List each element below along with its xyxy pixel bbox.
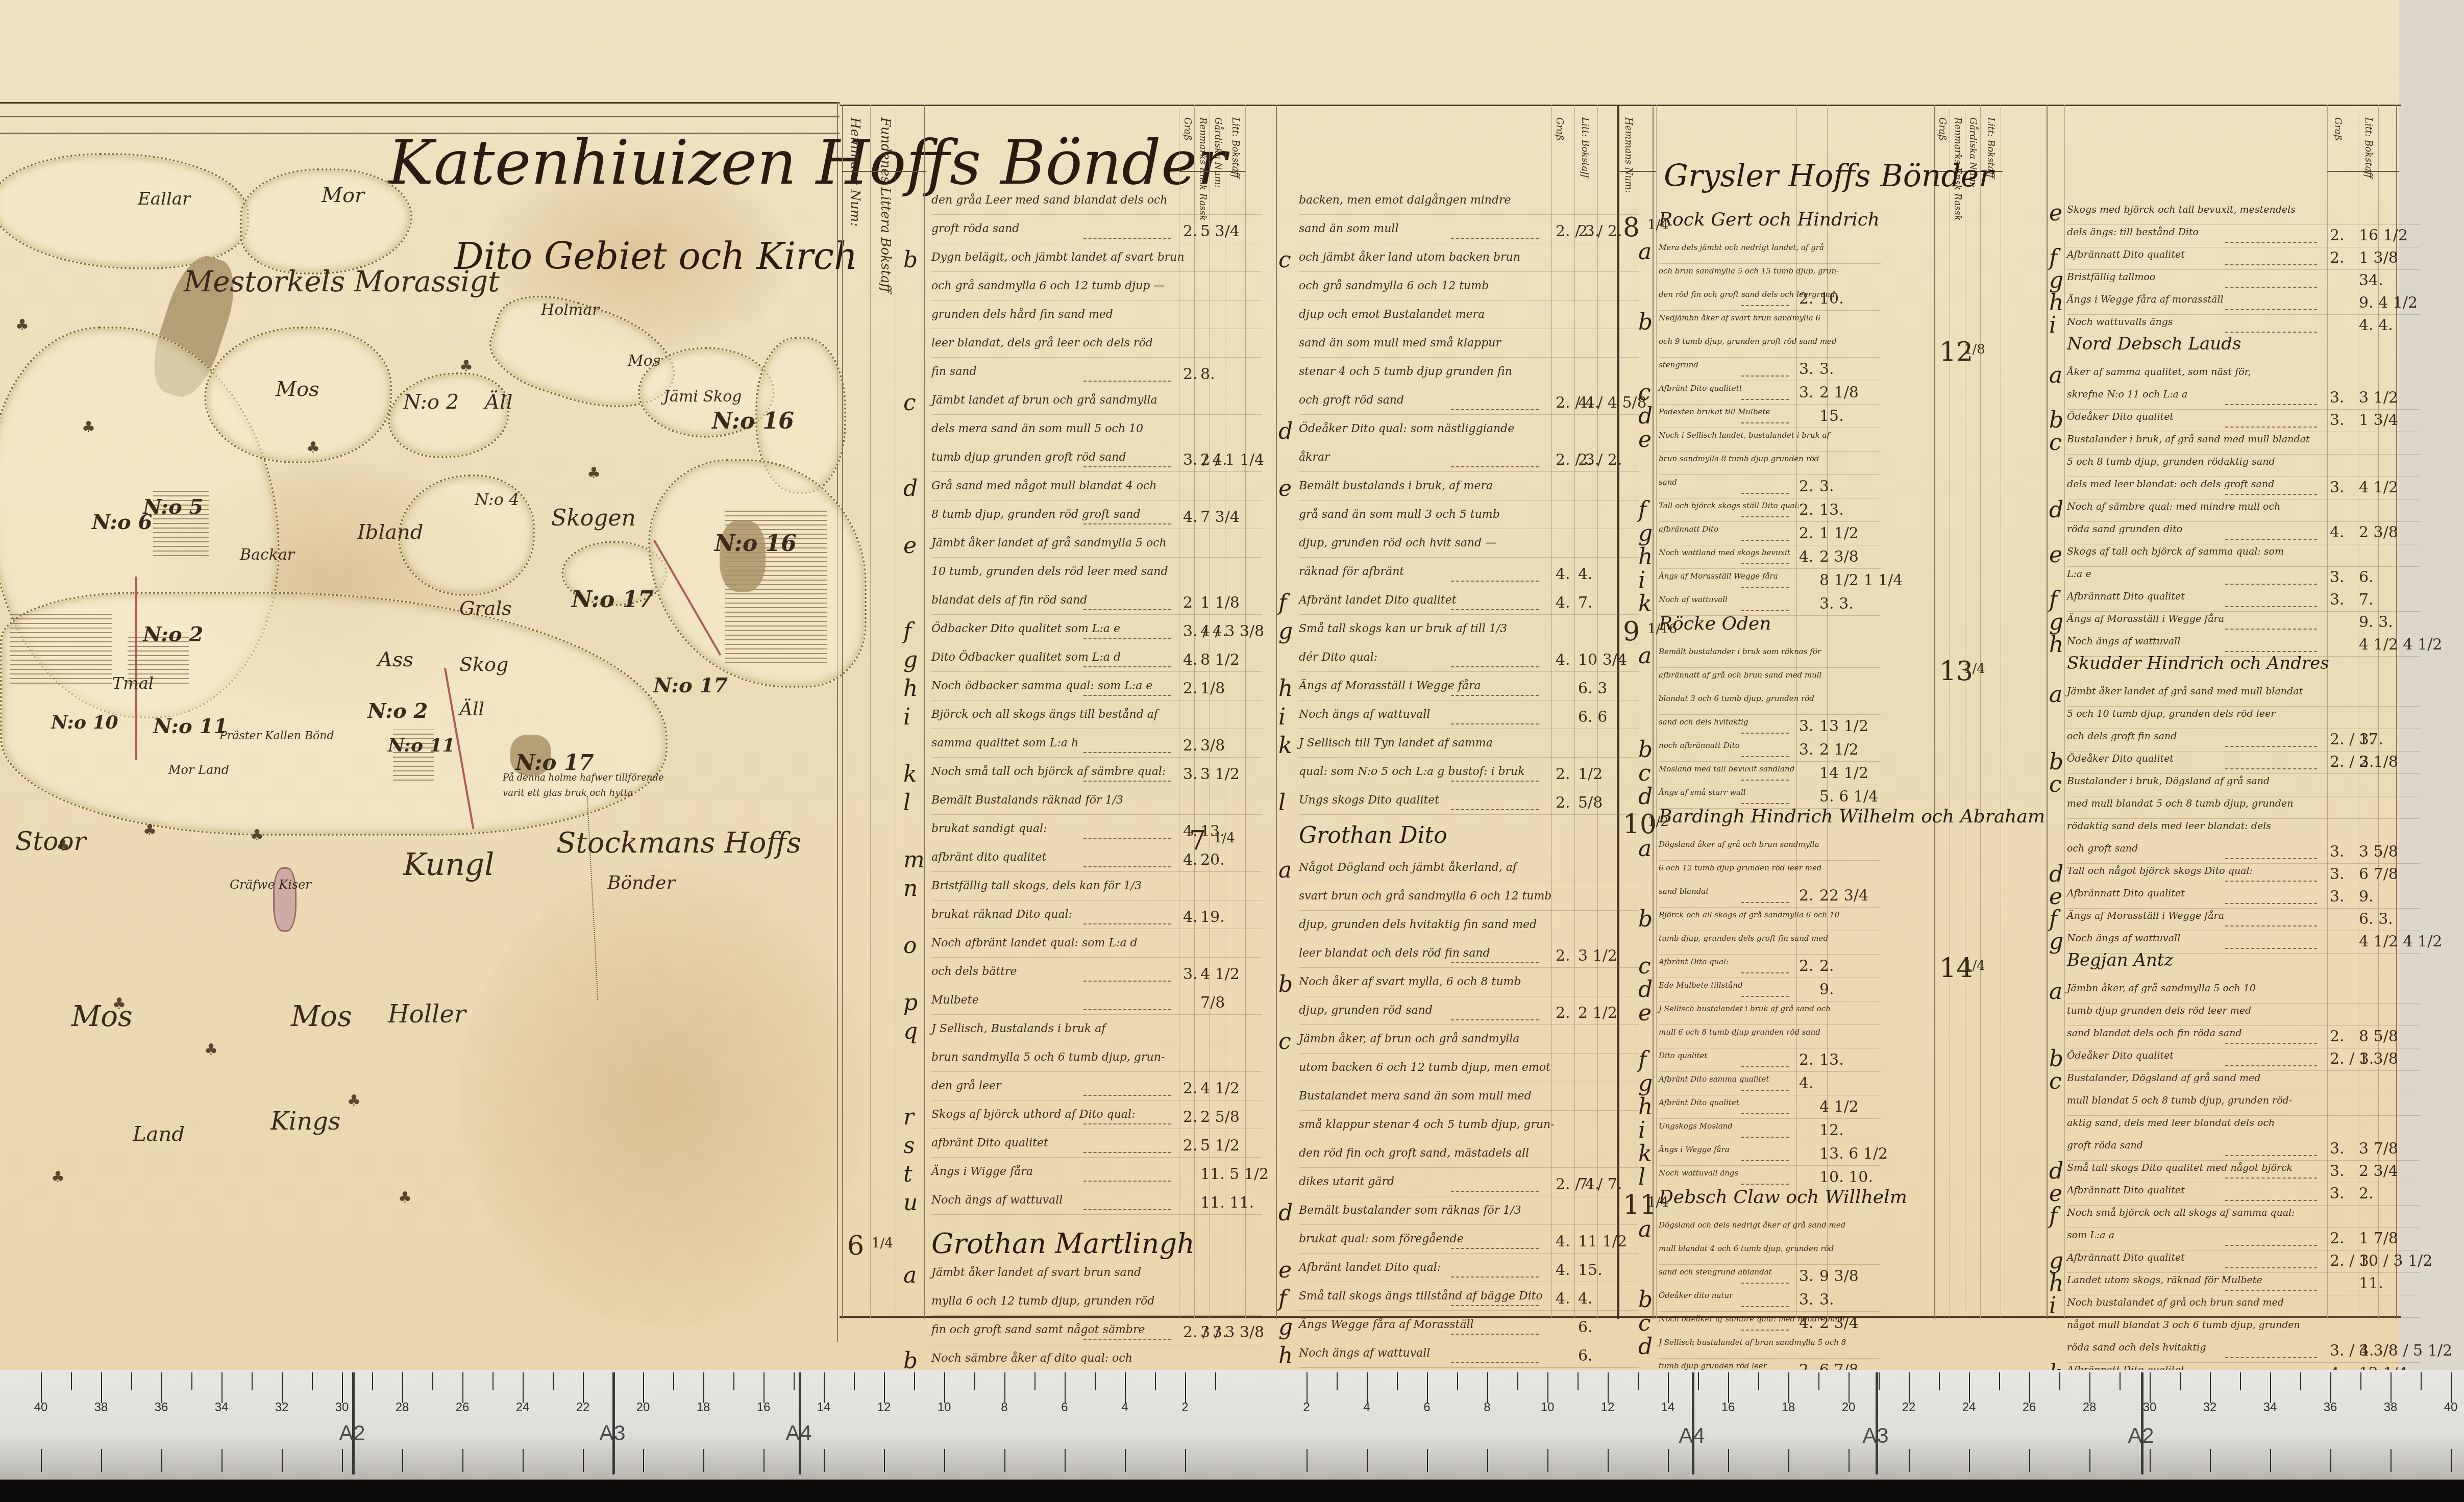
row-rule: [931, 900, 1262, 900]
entry-text: Ängs af små starr wall: [1659, 788, 1746, 797]
ruler-tick: [1879, 1372, 1880, 1390]
ruler-tick: [1065, 1449, 1066, 1472]
row-rule: [2067, 1272, 2420, 1273]
entry-letter: l: [903, 790, 910, 816]
map-label: Präster Kallen Bönd: [219, 730, 334, 742]
row-rule: [2067, 841, 2420, 841]
ruler-tick: [1457, 1372, 1458, 1390]
value-area: 3.: [1819, 478, 1834, 495]
value-area: 3 5/8: [2359, 843, 2398, 861]
entry-text: Jämbt landet af brun och grå sandmylla: [931, 394, 1157, 407]
value-area: 2.: [1819, 957, 1834, 975]
row-rule: [1659, 310, 1881, 311]
row-rule: [1299, 271, 1639, 272]
value-grade: 4.: [1556, 1233, 1570, 1250]
ruler-tick: [2150, 1449, 2151, 1472]
entry-text: Nedjämbn åker af svart brun sandmylla 6: [1659, 313, 1820, 322]
entry-text: Mosland med tall bevuxit sandland: [1659, 764, 1794, 773]
leader-dots: [1083, 1009, 1172, 1010]
leader-dots: [2225, 264, 2317, 265]
entry-letter: i: [903, 704, 910, 730]
value-area: 2 5/8: [1200, 1108, 1240, 1126]
entry-text: sand och stengrund ablandat: [1659, 1267, 1772, 1276]
column-header: Litt: Bokstaff: [2363, 117, 2374, 178]
entry-text: Tall och något björck skogs Dito qual:: [2067, 865, 2253, 877]
entry-text: qual: som N:o 5 och L:a g bustof: i bruk: [1299, 765, 1525, 778]
ruler-number: 24: [516, 1400, 530, 1415]
leader-dots: [2225, 287, 2317, 288]
ruler-tick: [944, 1372, 945, 1403]
row-rule: [1659, 907, 1881, 908]
leader-dots: [1083, 838, 1172, 839]
ruler-tick: [101, 1372, 102, 1403]
row-rule: [1299, 586, 1639, 586]
row-rule: [1659, 404, 1881, 405]
value-area: 2. / 2.: [1578, 222, 1622, 240]
row-rule: [1299, 443, 1639, 443]
entry-letter: i: [1638, 1117, 1645, 1143]
row-rule: [1659, 860, 1881, 861]
entry-text: Ödeåker Dito qual: som nästliggiande: [1299, 422, 1514, 435]
entry-text: Noch ängs af wattuvall: [931, 1194, 1063, 1207]
tree-icon: ♣: [587, 464, 601, 482]
row-rule: [1299, 757, 1639, 758]
tree-icon: ♣: [459, 357, 473, 375]
ruler-tick: [1517, 1372, 1518, 1390]
value-grade: 2.: [2330, 1230, 2345, 1247]
paper-format-label: A4: [1679, 1423, 1705, 1448]
row-rule: [2067, 1340, 2420, 1340]
entry-letter: e: [2049, 200, 2062, 226]
row-rule: [931, 700, 1262, 700]
entry-text: Bustalandet mera sand än som mull med: [1299, 1090, 1532, 1103]
entry-text: Ungskogs Mosland: [1659, 1121, 1733, 1131]
leader-dots: [1083, 695, 1172, 696]
value-area: 13.: [1819, 1051, 1844, 1069]
entry-text: Noch sämbre åker af dito qual: och: [931, 1352, 1132, 1365]
row-rule: [931, 357, 1262, 358]
row-rule: [2067, 729, 2420, 729]
leader-dots: [1451, 666, 1539, 667]
value-grade: 2.: [1799, 957, 1814, 975]
leader-dots: [1083, 1181, 1172, 1182]
value-grade: 2.: [1799, 501, 1814, 519]
holding-name: Nord Debsch Lauds: [2067, 334, 2241, 354]
entry-text: afbrännatt af grå och brun sand med mull: [1659, 670, 1821, 680]
paper-format-label: A4: [785, 1421, 811, 1445]
entry-letter: k: [1638, 591, 1652, 617]
ruler-tick: [2089, 1449, 2090, 1472]
leader-dots: [2225, 746, 2317, 747]
row-rule: [2067, 1003, 2420, 1004]
value-area: 3 1/2: [2359, 389, 2398, 407]
row-rule: [2067, 1025, 2420, 1026]
ruler-tick: [2270, 1372, 2271, 1403]
column-header: Fundenes Littera Bokstaff: [878, 117, 893, 293]
ruler-number: 8: [1001, 1400, 1007, 1415]
entry-letter: g: [2049, 929, 2063, 955]
scanner-background: [2399, 0, 2464, 1378]
ruler-tick: [1004, 1449, 1005, 1472]
entry-letter: d: [1278, 1200, 1293, 1226]
tree-icon: ♣: [15, 316, 29, 334]
entry-text: Bustalander i bruk, af grå sand med mull…: [2067, 434, 2310, 445]
row-rule: [1659, 1241, 1881, 1241]
ruler-number: 4: [1363, 1400, 1370, 1415]
entry-letter: c: [1638, 760, 1651, 786]
entry-letter: b: [1638, 309, 1653, 335]
leader-dots: [1741, 610, 1789, 611]
entry-text: mull 6 och 8 tumb djup grunden röd sand: [1659, 1028, 1820, 1037]
row-rule: [1659, 1264, 1881, 1265]
map-label: N:o 2: [367, 699, 428, 723]
value-area: 10 3/4: [1578, 651, 1627, 669]
row-rule: [1299, 1253, 1639, 1254]
ruler-tick: [161, 1372, 162, 1403]
ruler-tick: [884, 1449, 885, 1472]
row-rule: [1659, 761, 1881, 762]
map-label: N:o 10: [51, 712, 118, 733]
ruler-number: 22: [576, 1400, 590, 1415]
entry-text: Ödeåker Dito qualitet: [2067, 1050, 2174, 1061]
entry-letter: e: [1278, 475, 1292, 502]
paper-format-label: A3: [599, 1421, 625, 1445]
entry-text: Noch ängs af wattuvall: [1299, 1347, 1430, 1360]
map-label: Backar: [240, 546, 294, 564]
holding-name: Skudder Hindrich och Andres: [2067, 653, 2329, 673]
ruler-tick: [1728, 1449, 1729, 1472]
entry-text: Ängs af Morasställ Wegge fåra: [1659, 571, 1778, 581]
ruler-tick: [1397, 1372, 1398, 1390]
entry-letter: e: [903, 533, 917, 559]
entry-text: och brun sandmylla 5 och 15 tumb djup, g…: [1659, 266, 1839, 276]
ledger-divider: [1179, 105, 1179, 1319]
ruler-tick: [342, 1449, 343, 1472]
ruler-tick: [1004, 1372, 1005, 1403]
ruler-number: 32: [2203, 1400, 2217, 1415]
row-rule: [1659, 1165, 1881, 1166]
entry-letter: g: [1278, 1314, 1293, 1340]
row-rule: [1299, 1224, 1639, 1225]
value-grade: 4.: [1799, 1074, 1814, 1092]
value-grade: 2.: [1556, 1004, 1570, 1022]
entry-text: och dels groft fin sand: [2067, 731, 2177, 742]
entry-text: Något Dögland och jämbt åkerland, af: [1299, 861, 1517, 874]
tree-icon: ♣: [347, 1092, 361, 1110]
entry-text: Noch ängs af wattuvall: [2067, 636, 2180, 647]
value-grade: 4.: [1183, 651, 1198, 669]
value-area: 6.: [2359, 568, 2374, 586]
entry-text: Jämbn åker, af brun och grå sandmylla: [1299, 1033, 1519, 1045]
entry-text: tumb djup grunden röd leer: [1659, 1361, 1767, 1370]
row-rule: [1659, 428, 1881, 428]
entry-text: afbränt Dito qualitet: [931, 1137, 1048, 1149]
entry-letter: s: [903, 1133, 915, 1159]
ruler-number: 30: [2143, 1400, 2157, 1415]
ruler-tick: [523, 1372, 524, 1403]
column-header: Graß: [1554, 117, 1565, 141]
value-area: 3 1/2: [1200, 765, 1240, 783]
leader-dots: [1083, 238, 1172, 239]
map-label: Kings: [270, 1107, 340, 1136]
entry-text: Tall och björck skogs ställ Dito qual:: [1659, 501, 1800, 510]
entry-text: tumb djup grunden groft röd sand: [931, 451, 1126, 464]
value-area: 4 1/2: [1819, 1098, 1859, 1116]
ruler-tick: [161, 1449, 162, 1472]
map-label: N:o 11: [153, 714, 228, 738]
map-label: Bönder: [607, 872, 675, 893]
row-rule: [2067, 432, 2420, 432]
leader-dots: [1451, 1019, 1539, 1020]
leader-dots: [2225, 332, 2317, 333]
value-grade: 4.: [1799, 548, 1814, 566]
value-grade: 3.: [1799, 741, 1814, 759]
row-rule: [1299, 814, 1639, 815]
entry-letter: i: [1278, 704, 1286, 730]
entry-letter: h: [1638, 1094, 1653, 1120]
row-rule: [1299, 882, 1639, 882]
value-area: 6. 6: [1578, 708, 1607, 726]
leader-dots: [2225, 1357, 2317, 1358]
holding-name: Rock Gert och Hindrich: [1659, 209, 1880, 230]
row-rule: [931, 500, 1262, 500]
map-label: N:o 16: [714, 531, 797, 557]
leader-dots: [1741, 1184, 1789, 1185]
value-grade: 3.: [2330, 1185, 2345, 1203]
value-area: 11.: [2359, 1274, 2383, 1292]
ruler-tick: [462, 1449, 463, 1472]
entry-text: Ängs Wegge fåra af Morasställ: [1299, 1318, 1474, 1331]
leader-dots: [2225, 539, 2317, 540]
entry-text: Afbränt Dito qualitett: [1659, 384, 1742, 393]
entry-letter: a: [1638, 643, 1652, 669]
value-grade: 2.: [1556, 947, 1570, 965]
ruler-tick: [2391, 1449, 2392, 1472]
ledger-divider: [1653, 105, 1654, 1319]
value-area: 4.: [1578, 1290, 1593, 1308]
value-grade: 4.: [1183, 508, 1198, 526]
ruler-number: 40: [34, 1400, 48, 1415]
leader-dots: [1741, 1137, 1789, 1138]
entry-text: afbränt dito qualitet: [931, 851, 1046, 864]
leader-dots: [2225, 651, 2317, 652]
row-rule: [1659, 1358, 1881, 1359]
ruler-tick: [312, 1372, 313, 1390]
entry-text: och groft sand: [2067, 843, 2138, 854]
ruler-number: 38: [2384, 1400, 2398, 1415]
entry-text: Ödeåker Dito qualitet: [2067, 411, 2174, 422]
entry-text: Bustalander, Dögsland af grå sand med: [2067, 1072, 2260, 1084]
column-header: Litt: Bokstaff: [1580, 117, 1590, 178]
entry-text: brukat räknad Dito qual:: [931, 908, 1072, 921]
ruler-number: 36: [2324, 1400, 2337, 1415]
map-label: Holler: [388, 1000, 466, 1029]
entry-text: 10 tumb, grunden dels röd leer med sand: [931, 565, 1168, 578]
entry-text: med mull blandat 5 och 8 tumb djup, grun…: [2067, 798, 2293, 809]
entry-text: små klappur stenar 4 och 5 tumb djup, gr…: [1299, 1118, 1555, 1131]
leader-dots: [1741, 493, 1789, 494]
entry-text: den röd fin och groft sand, mästadels al…: [1299, 1147, 1529, 1160]
ruler-tick: [2240, 1372, 2241, 1390]
entry-text: fin sand: [931, 365, 977, 378]
row-rule: [931, 1100, 1262, 1100]
map-label: Skog: [459, 653, 508, 675]
row-rule: [1659, 474, 1881, 475]
tree-icon: ♣: [82, 418, 95, 436]
ruler-tick: [733, 1372, 734, 1390]
value-area: 10. 10.: [1819, 1168, 1873, 1186]
value-area: 3. 3.: [1819, 595, 1854, 613]
entry-text: J Sellisch, Bustalands i bruk af: [931, 1022, 1105, 1035]
entry-letter: e: [1278, 1257, 1292, 1283]
entry-letter: c: [2049, 1068, 2062, 1094]
ruler-tick: [282, 1449, 283, 1472]
entry-letter: c: [2049, 430, 2062, 456]
tree-icon: ♣: [143, 821, 157, 839]
ledger-divider: [2358, 105, 2358, 1319]
row-rule: [2067, 706, 2420, 707]
map-label: N:o 16: [712, 408, 794, 434]
value-area: 9 3/8: [1819, 1267, 1859, 1285]
ruler-number: 28: [2083, 1400, 2097, 1415]
ruler-number: 4: [1121, 1400, 1128, 1415]
row-rule: [2067, 589, 2420, 589]
row-rule: [2067, 1205, 2420, 1206]
ruler-tick: [1547, 1449, 1548, 1472]
value-area: 13.: [1819, 501, 1844, 519]
entry-text: grå sand än som mull 3 och 5 tumb: [1299, 508, 1500, 521]
value-area: 7.: [2359, 591, 2374, 609]
row-rule: [1299, 1196, 1639, 1196]
scanner-edge: [0, 1480, 2464, 1502]
leader-dots: [1451, 1305, 1539, 1306]
entry-letter: f: [2049, 1203, 2057, 1229]
leader-dots: [2225, 881, 2317, 882]
leader-dots: [1083, 752, 1172, 753]
ruler-tick: [462, 1372, 463, 1403]
entry-text: Noch wattland med skogs bevuxit: [1659, 548, 1790, 557]
ruler-tick: [914, 1372, 915, 1390]
entry-text: Afbränt Dito qualitet: [1659, 1098, 1739, 1107]
entry-letter: d: [1638, 977, 1653, 1003]
entry-letter: e: [1638, 1000, 1652, 1026]
ruler-tick: [2451, 1449, 2452, 1472]
map-boundary-line: [135, 577, 137, 760]
row-rule: [931, 1344, 1262, 1344]
row-rule: [1659, 1024, 1881, 1025]
entry-text: Ödeåker Dito qualitet: [2067, 753, 2174, 764]
ruler-tick: [432, 1372, 433, 1390]
entry-letter: n: [903, 875, 918, 902]
ruler-number: 32: [275, 1400, 289, 1415]
ruler-tick: [1728, 1372, 1729, 1403]
row-rule: [1299, 1167, 1639, 1168]
entry-text: samma qualitet som L:a h: [931, 737, 1078, 749]
ruler-tick: [1427, 1372, 1428, 1403]
map-label: Mestorkels Morassigt: [184, 265, 500, 298]
leader-dots: [1083, 1339, 1172, 1340]
value-grade: 2.: [2330, 249, 2345, 267]
value-area: 4 1/2: [1200, 965, 1240, 983]
ruler-tick: [1095, 1372, 1096, 1390]
ruler-tick: [191, 1372, 192, 1390]
map-label: Mor: [322, 184, 364, 207]
entry-text: Afbrännatt Dito qualitet: [2067, 591, 2185, 602]
leader-dots: [2225, 948, 2317, 949]
ruler-tick: [673, 1372, 674, 1390]
value-grade: 3.: [2330, 843, 2345, 861]
ruler-tick: [824, 1449, 825, 1472]
holding-fraction: 1/4: [1214, 831, 1235, 846]
entry-letter: d: [2049, 497, 2063, 523]
ruler-tick: [2210, 1449, 2211, 1472]
entry-text: Noch ödbacker samma qual: som L:a e: [931, 680, 1152, 692]
row-rule: [1659, 1095, 1881, 1095]
column-header: Hemmans Num:: [847, 117, 863, 227]
entry-text: Ungs skogs Dito qualitet: [1299, 794, 1439, 807]
value-area: 16 1/2: [2359, 227, 2408, 244]
value-grade: 2.: [1799, 1051, 1814, 1069]
map-label: N:o 11: [388, 735, 455, 756]
leader-dots: [1083, 1209, 1172, 1210]
entry-letter: b: [903, 247, 918, 273]
entry-text: J Sellisch till Tyn landet af samma: [1299, 737, 1493, 749]
ruler-tick: [2300, 1372, 2301, 1390]
value-grade: 2.: [1183, 1137, 1198, 1155]
column-header: Graß: [2332, 117, 2343, 141]
ruler-tick: [1999, 1372, 2000, 1390]
row-rule: [1299, 500, 1639, 500]
row-rule: [1299, 1282, 1639, 1282]
row-rule: [931, 786, 1262, 786]
entry-text: Bemält bustalands i bruk, af mera: [1299, 480, 1493, 492]
leader-dots: [1741, 780, 1789, 781]
row-rule: [1659, 1071, 1881, 1072]
value-grade: 3.: [1183, 765, 1198, 783]
ruler-tick: [1909, 1449, 1910, 1472]
leader-dots: [1451, 695, 1539, 696]
row-rule: [1659, 978, 1881, 978]
row-rule: [1659, 451, 1881, 452]
row-rule: [1299, 910, 1639, 911]
map-label: Skogen: [551, 505, 636, 531]
row-rule: [931, 1287, 1262, 1287]
value-grade: 2.: [1183, 737, 1198, 755]
value-area: 1 3/4: [2359, 411, 2398, 429]
leader-dots: [2225, 309, 2317, 310]
leader-dots: [1451, 1276, 1539, 1278]
row-rule: [1299, 996, 1639, 996]
row-rule: [1299, 1053, 1639, 1054]
ruler-tick: [2330, 1372, 2331, 1403]
row-rule: [1299, 1310, 1639, 1311]
row-rule: [1659, 1048, 1881, 1048]
entry-letter: b: [1638, 906, 1653, 932]
ruler-number: 10: [938, 1400, 951, 1415]
entry-text: mull blandat 5 och 8 tumb djup, grunden …: [2067, 1095, 2292, 1106]
ruler-tick: [1155, 1372, 1156, 1390]
entry-letter: g: [1278, 618, 1293, 644]
ruler-tick: [402, 1449, 403, 1472]
leader-dots: [1741, 1306, 1789, 1307]
value-area: 9. 4 1/2: [2359, 294, 2418, 312]
ruler-tick: [1215, 1372, 1216, 1390]
ruler-tick: [41, 1372, 42, 1403]
value-area: 8 1/2 1 1/4: [1819, 571, 1903, 589]
value-area: 2 / 1 1/4: [1200, 451, 1264, 469]
water-stain: [459, 867, 868, 1326]
value-area: 11. 5 1/2: [1200, 1165, 1269, 1183]
